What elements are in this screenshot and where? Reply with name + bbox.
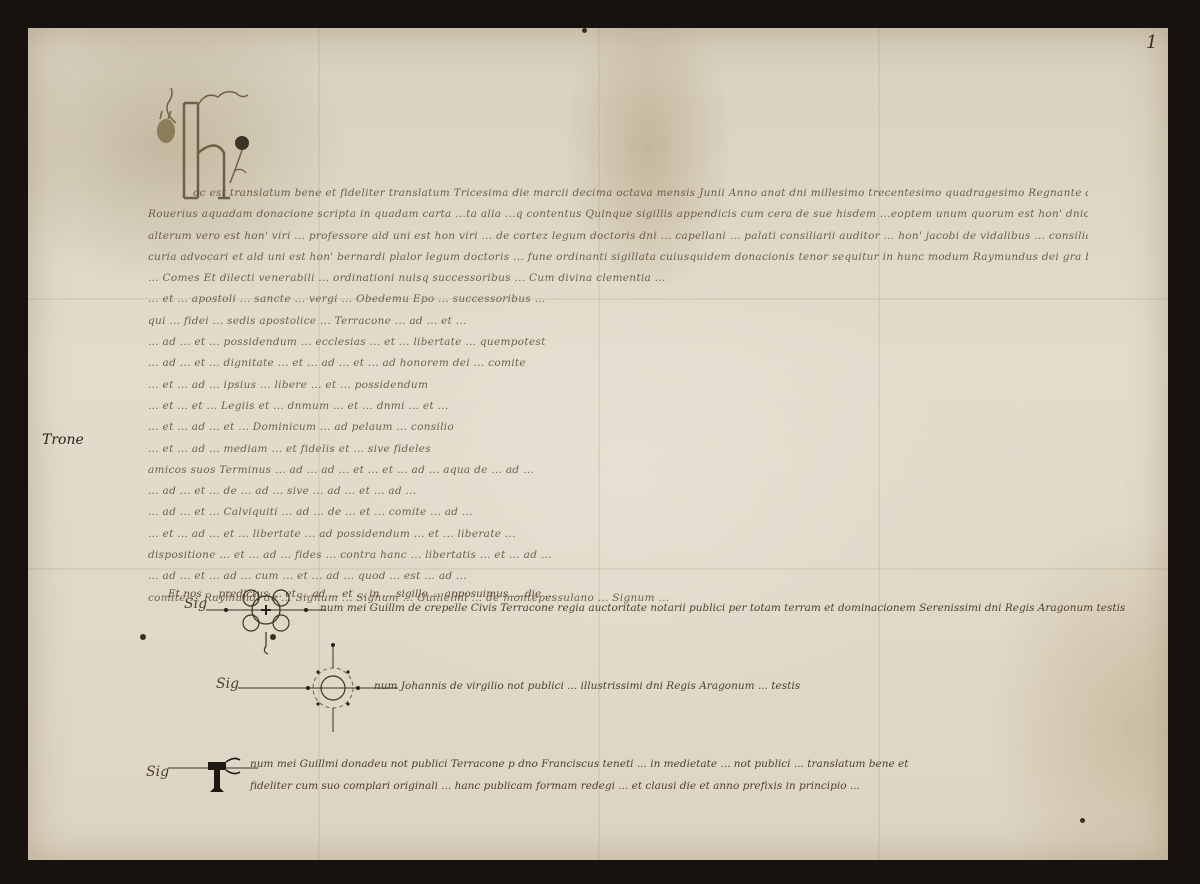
folio-number: 1 <box>1146 32 1157 53</box>
text-line: ... et ... apostoli ... sancte ... vergi… <box>148 289 1088 310</box>
notary-sign-prefix: Sig <box>146 764 169 780</box>
notary-sign-prefix: Sig <box>184 596 207 612</box>
text-line: alterum vero est hon' viri ... professor… <box>148 226 1088 247</box>
charter-body: oc est translatum bene et fideliter tran… <box>148 183 1088 609</box>
ink-spot <box>582 28 587 33</box>
parchment-sheet: 1 Trone oc est translatum bene et fideli… <box>28 28 1168 860</box>
notary-sign-prefix: Sig <box>216 676 239 692</box>
text-line: qui ... fidei ... sedis apostolice ... T… <box>148 311 1088 332</box>
notary-subscription: num mei Guillmi donadeu not publici Terr… <box>250 758 908 770</box>
text-line: ... et ... ad ... et ... Dominicum ... a… <box>148 417 1088 438</box>
text-line: oc est translatum bene et fideliter tran… <box>148 183 1088 204</box>
notary-subscription: num mei Guillm de crepelle Civis Terraco… <box>320 602 1125 614</box>
text-line: curia advocari et ald uni est hon' berna… <box>148 247 1088 268</box>
text-line: ... Comes Et dilecti venerabili ... ordi… <box>148 268 1088 289</box>
scan-frame: 1 Trone oc est translatum bene et fideli… <box>0 0 1200 884</box>
text-line: ... et ... et ... Legiis et ... dnmum ..… <box>148 396 1088 417</box>
text-line: ... ad ... et ... de ... ad ... sive ...… <box>148 481 1088 502</box>
text-line: dispositione ... et ... ad ... fides ...… <box>148 545 1088 566</box>
text-line: ... ad ... et ... Calviquiti ... ad ... … <box>148 502 1088 523</box>
text-line: ... ad ... et ... dignitate ... et ... a… <box>148 353 1088 374</box>
notary-subscription-continued: fideliter cum suo complari originali ...… <box>250 780 860 792</box>
text-line: ... et ... ad ... ipsius ... libere ... … <box>148 375 1088 396</box>
ink-spot <box>1080 818 1085 823</box>
text-line: ... et ... ad ... et ... libertate ... a… <box>148 524 1088 545</box>
ink-spot <box>140 634 146 640</box>
margin-annotation: Trone <box>42 432 84 448</box>
notarial-signum-tau-icon <box>168 748 258 808</box>
text-line: amicos suos Terminus ... ad ... ad ... e… <box>148 460 1088 481</box>
ink-spot <box>270 634 276 640</box>
notary-subscription: num Johannis de virgilio not publici ...… <box>374 680 800 692</box>
text-line: ... et ... ad ... mediam ... et fidelis … <box>148 439 1088 460</box>
text-line: ... ad ... et ... possidendum ... eccles… <box>148 332 1088 353</box>
text-line: Rouerius aquadam donacione scripta in qu… <box>148 204 1088 225</box>
